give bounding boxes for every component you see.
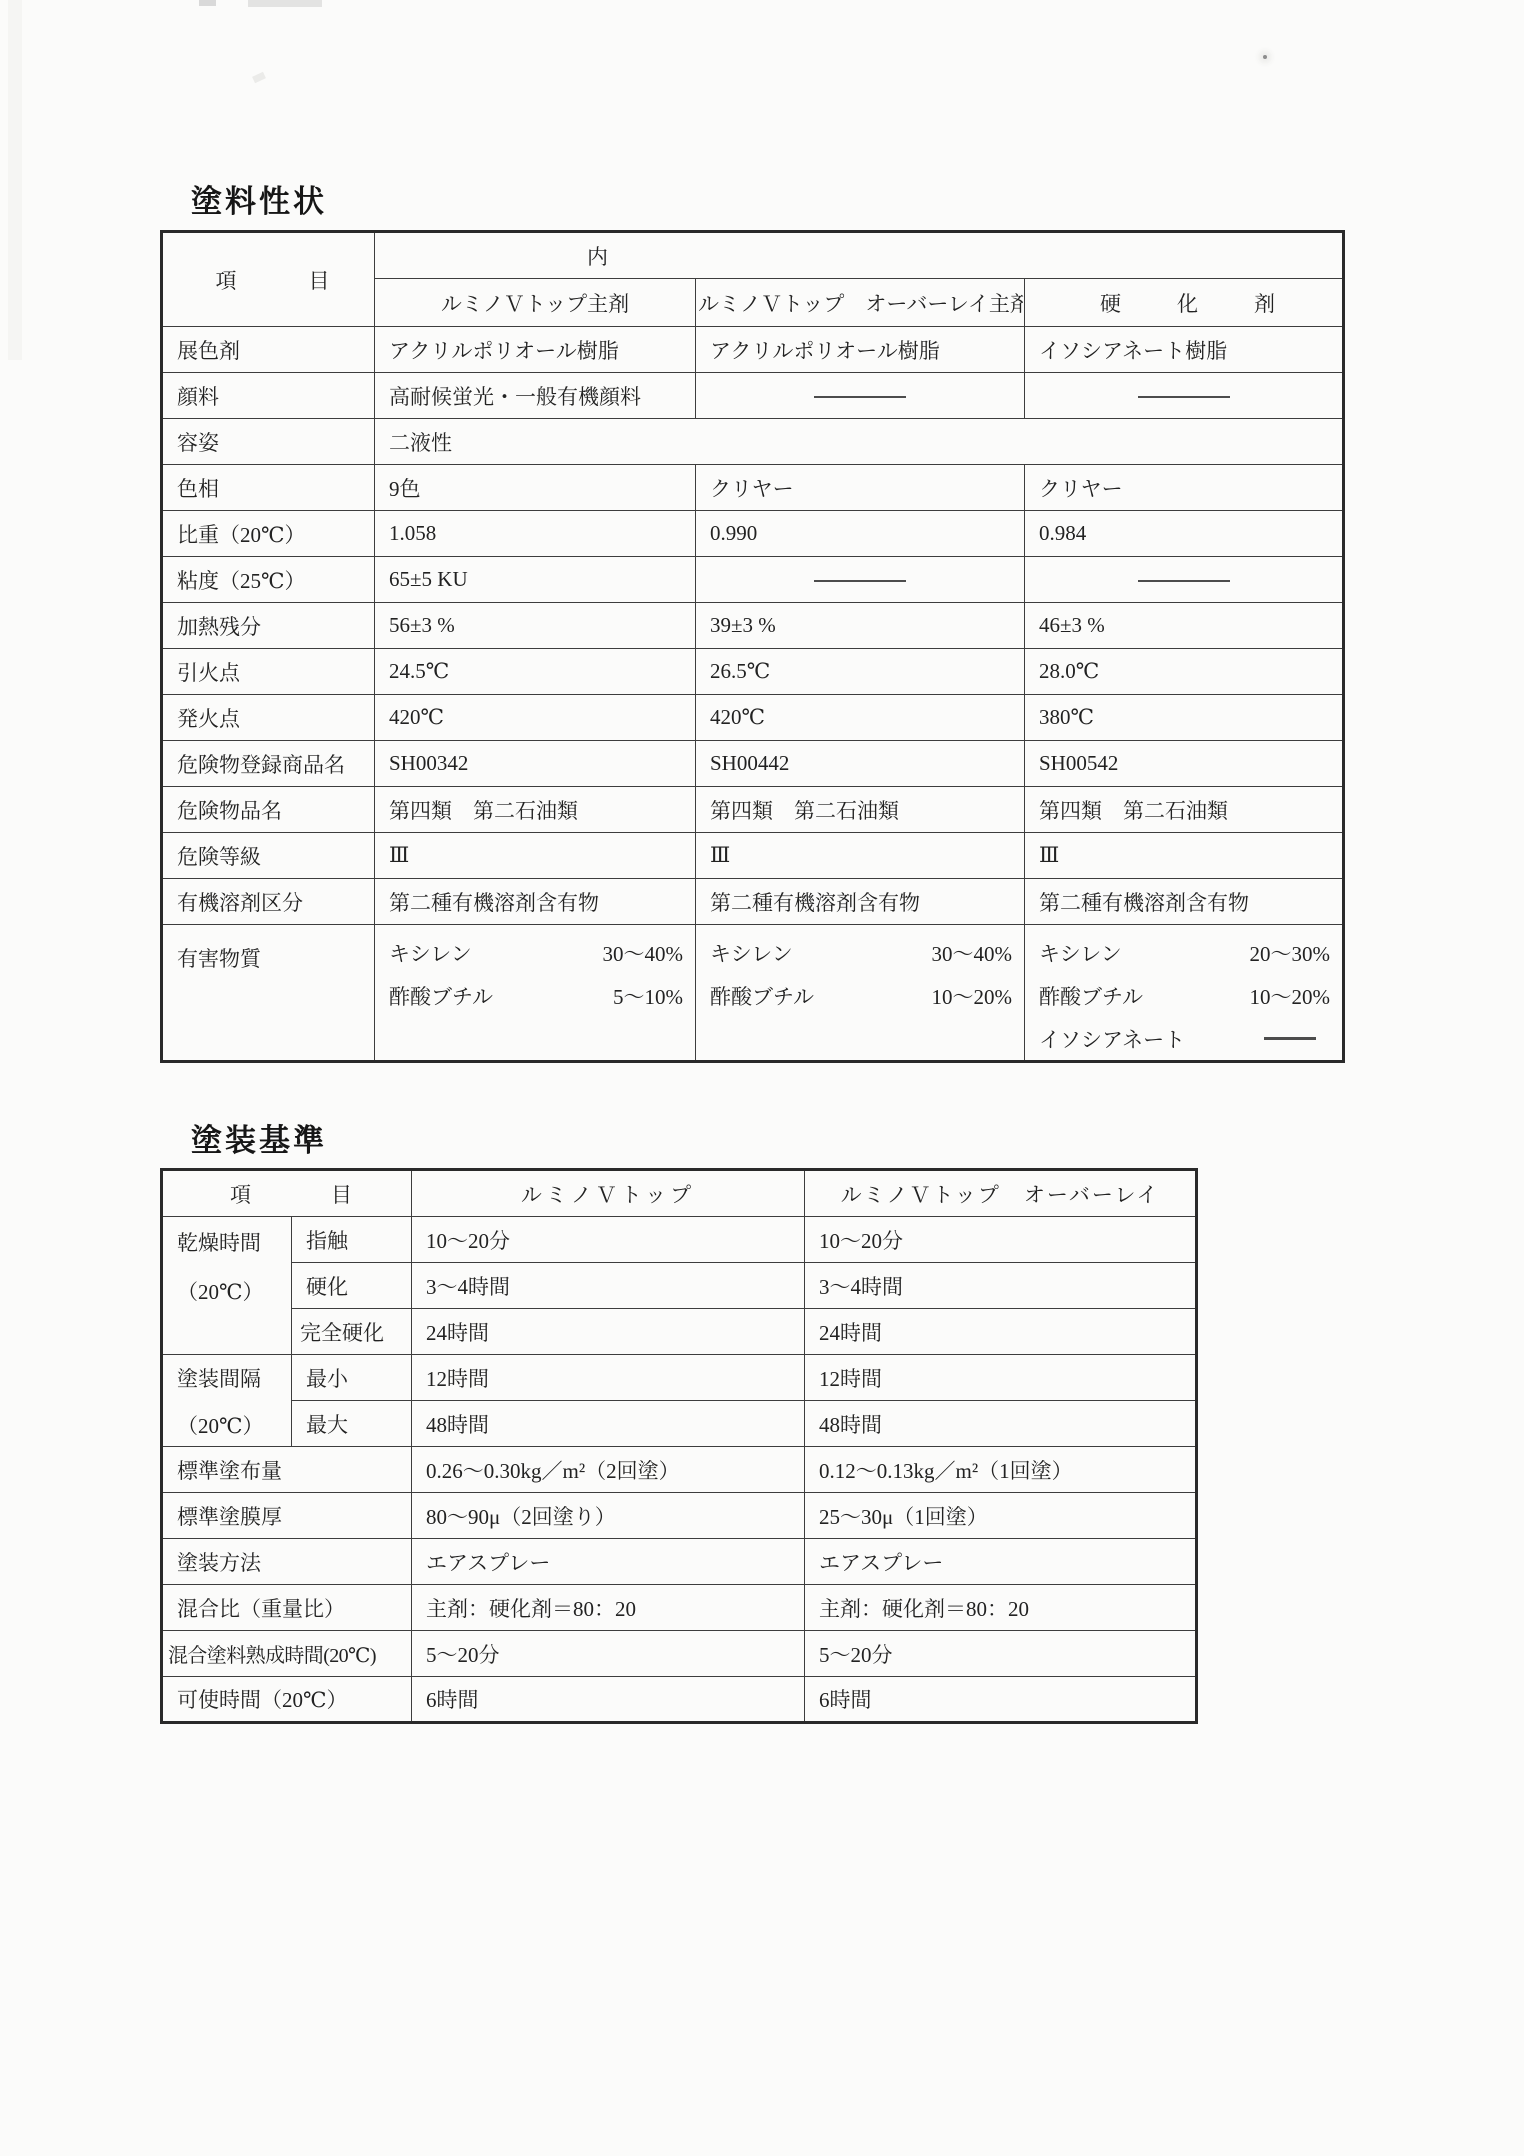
substance-percent: 20〜30% [1250,938,1331,968]
row-label: 標準塗膜厚 [162,1493,412,1539]
row-pot-life: 可使時間（20℃） 6時間 6時間 [162,1677,1197,1723]
header-col-hardener: 硬 化 剤 [1025,279,1344,327]
group-label-coating-interval: 塗装間隔 （20℃） [162,1355,292,1447]
value-cell: アクリルポリオール樹脂 [375,327,696,373]
row-coverage: 標準塗布量 0.26〜0.30kg／m²（2回塗） 0.12〜0.13kg／m²… [162,1447,1197,1493]
row-color: 色相 9色 クリヤー クリヤー [162,465,1344,511]
row-application-method: 塗装方法 エアスプレー エアスプレー [162,1539,1197,1585]
value-cell: 1.058 [375,511,696,557]
substance-line: キシレン 20〜30% [1025,931,1342,974]
value-cell: 第四類 第二石油類 [696,787,1025,833]
value-cell: イソシアネート樹脂 [1025,327,1344,373]
value-cell: 5〜20分 [412,1631,805,1677]
value-cell: エアスプレー [412,1539,805,1585]
row-label: 展色剤 [162,327,375,373]
value-cell: 48時間 [805,1401,1197,1447]
value-cell: 3〜4時間 [805,1263,1197,1309]
value-cell: 48時間 [412,1401,805,1447]
value-cell: アクリルポリオール樹脂 [696,327,1025,373]
row-set-to-touch: 硬化 3〜4時間 3〜4時間 [162,1263,1197,1309]
value-cell: エアスプレー [805,1539,1197,1585]
value-cell: 主剤：硬化剤＝80：20 [805,1585,1197,1631]
dash-placeholder [1138,396,1230,399]
scan-artifact [252,72,266,83]
row-label: 顔料 [162,373,375,419]
dash-placeholder [1264,1037,1316,1040]
value-cell: 24.5℃ [375,649,696,695]
row-label: 塗装方法 [162,1539,412,1585]
value-cell: 10〜20分 [412,1217,805,1263]
value-cell: 80〜90μ（2回塗り） [412,1493,805,1539]
value-cell: 6時間 [805,1677,1197,1723]
scanned-document-page: 塗料性状 項 目 内 容 ルミノＶトップ主剤 ルミノＶトップ オーバーレイ主剤 [0,0,1524,2156]
scan-artifact [248,0,322,7]
value-cell-empty [696,373,1025,419]
value-cell: 380℃ [1025,695,1344,741]
substance-name: キシレン [1039,938,1122,968]
row-danger-grade: 危険等級 Ⅲ Ⅲ Ⅲ [162,833,1344,879]
hardener-char-1: 硬 [1100,288,1121,318]
row-label: 粘度（25℃） [162,557,375,603]
row-label: 比重（20℃） [162,511,375,557]
substance-line: キシレン 30〜40% [696,931,1024,974]
row-label: 発火点 [162,695,375,741]
value-cell: SH00342 [375,741,696,787]
value-cell: クリヤー [1025,465,1344,511]
row-ignition-point: 発火点 420℃ 420℃ 380℃ [162,695,1344,741]
value-cell: 3〜4時間 [412,1263,805,1309]
row-flash-point: 引火点 24.5℃ 26.5℃ 28.0℃ [162,649,1344,695]
value-cell: 第二種有機溶剤含有物 [696,879,1025,925]
value-cell: 主剤：硬化剤＝80：20 [412,1585,805,1631]
row-hazardous-item-name: 危険物品名 第四類 第二石油類 第四類 第二石油類 第四類 第二石油類 [162,787,1344,833]
header-item-cell: 項 目 [162,1170,412,1217]
row-touch-dry: 乾燥時間 （20℃） 指触 10〜20分 10〜20分 [162,1217,1197,1263]
value-cell: 25〜30μ（1回塗） [805,1493,1197,1539]
row-label: 色相 [162,465,375,511]
hardener-char-3: 剤 [1254,288,1275,318]
value-cell: 12時間 [412,1355,805,1401]
row-registered-product-name: 危険物登録商品名 SH00342 SH00442 SH00542 [162,741,1344,787]
row-label: 混合比（重量比） [162,1585,412,1631]
value-cell: Ⅲ [696,833,1025,879]
sub-label: 指触 [292,1217,412,1263]
row-interval-min: 塗装間隔 （20℃） 最小 12時間 12時間 [162,1355,1197,1401]
value-cell: 第四類 第二石油類 [1025,787,1344,833]
value-cell: 第二種有機溶剤含有物 [375,879,696,925]
row-maturation-time: 混合塗料熟成時間(20℃) 5〜20分 5〜20分 [162,1631,1197,1677]
value-cell: 10〜20分 [805,1217,1197,1263]
value-cell: 420℃ [375,695,696,741]
painting-standards-table: 項 目 ルミノＶトップ ルミノＶトップ オーバーレイ 乾燥時間 （20℃） 指触… [160,1168,1198,1724]
row-label: 有機溶剤区分 [162,879,375,925]
hardener-char-2: 化 [1177,288,1198,318]
row-label: 標準塗布量 [162,1447,412,1493]
value-cell: 24時間 [412,1309,805,1355]
value-cell: 0.984 [1025,511,1344,557]
value-cell-list: キシレン 30〜40% 酢酸ブチル 5〜10% [375,925,696,1062]
section-title-paint-properties: 塗料性状 [191,176,327,221]
substance-name: 酢酸ブチル [389,981,493,1011]
value-cell: SH00542 [1025,741,1344,787]
substance-percent: 10〜20% [932,981,1013,1011]
value-cell: 第二種有機溶剤含有物 [1025,879,1344,925]
substance-name: イソシアネート [1039,1024,1185,1054]
substance-name: 酢酸ブチル [1039,981,1143,1011]
value-cell: 39±3 % [696,603,1025,649]
header-col-base: ルミノＶトップ主剤 [375,279,696,327]
substance-percent: 30〜40% [932,938,1013,968]
header-row: 項 目 ルミノＶトップ ルミノＶトップ オーバーレイ [162,1170,1197,1217]
value-cell: 46±3 % [1025,603,1344,649]
value-cell-list: キシレン 20〜30% 酢酸ブチル 10〜20% イソシアネート [1025,925,1344,1062]
value-cell: 0.12〜0.13kg／m²（1回塗） [805,1447,1197,1493]
substance-line: 酢酸ブチル 5〜10% [375,974,695,1017]
substance-line: キシレン 30〜40% [375,931,695,974]
row-full-cure: 完全硬化 24時間 24時間 [162,1309,1197,1355]
row-specific-gravity: 比重（20℃） 1.058 0.990 0.984 [162,511,1344,557]
value-cell-empty [1025,373,1344,419]
sub-label: 最大 [292,1401,412,1447]
header-col-overlay-base: ルミノＶトップ オーバーレイ主剤 [696,279,1025,327]
value-cell: 0.26〜0.30kg／m²（2回塗） [412,1447,805,1493]
sub-label: 完全硬化 [292,1309,412,1355]
row-label: 危険物品名 [162,787,375,833]
header-row-1: 項 目 内 容 [162,232,1344,279]
row-label: 有害物質 [162,925,375,1062]
group-label-drying-time: 乾燥時間 （20℃） [162,1217,292,1355]
row-label: 危険物登録商品名 [162,741,375,787]
substance-name: キシレン [710,938,793,968]
value-cell: Ⅲ [1025,833,1344,879]
value-cell-empty [1025,557,1344,603]
value-cell: 420℃ [696,695,1025,741]
value-cell: 24時間 [805,1309,1197,1355]
value-cell: 56±3 % [375,603,696,649]
value-cell: 0.990 [696,511,1025,557]
value-cell: SH00442 [696,741,1025,787]
scan-artifact-dot [1263,55,1267,59]
header-content-char-1: 内 [587,241,608,271]
row-heating-residue: 加熱残分 56±3 % 39±3 % 46±3 % [162,603,1344,649]
row-label: 可使時間（20℃） [162,1677,412,1723]
dash-placeholder [814,396,906,399]
scan-artifact [199,0,216,6]
dash-placeholder [814,580,906,583]
group-label-line2: （20℃） [177,1410,285,1440]
value-cell: 12時間 [805,1355,1197,1401]
substance-line: 酢酸ブチル 10〜20% [696,974,1024,1017]
value-cell: 高耐候蛍光・一般有機顔料 [375,373,696,419]
value-cell-merged: 二液性 [375,419,1344,465]
paint-properties-table: 項 目 内 容 ルミノＶトップ主剤 ルミノＶトップ オーバーレイ主剤 硬 化 剤 [160,230,1345,1063]
substance-name: キシレン [389,938,472,968]
header-item-char-1: 項 [230,1179,251,1209]
value-cell: 9色 [375,465,696,511]
row-viscosity: 粘度（25℃） 65±5 KU [162,557,1344,603]
sub-label: 硬化 [292,1263,412,1309]
header-item-cell: 項 目 [162,232,375,327]
group-label-line1: 塗装間隔 [177,1363,285,1393]
row-mixing-ratio: 混合比（重量比） 主剤：硬化剤＝80：20 主剤：硬化剤＝80：20 [162,1585,1197,1631]
row-label: 容姿 [162,419,375,465]
sub-label: 最小 [292,1355,412,1401]
row-label: 混合塗料熟成時間(20℃) [162,1631,412,1677]
substance-name: 酢酸ブチル [710,981,814,1011]
header-col-lumino-v-top-overlay: ルミノＶトップ オーバーレイ [805,1170,1197,1217]
header-content-cell: 内 容 [375,232,1344,279]
value-cell: 5〜20分 [805,1631,1197,1677]
substance-percent: 5〜10% [613,981,683,1011]
row-vehicle: 展色剤 アクリルポリオール樹脂 アクリルポリオール樹脂 イソシアネート樹脂 [162,327,1344,373]
header-item-char-1: 項 [216,265,237,295]
row-form: 容姿 二液性 [162,419,1344,465]
value-cell-empty [696,557,1025,603]
value-cell: 6時間 [412,1677,805,1723]
header-item-char-2: 目 [331,1179,352,1209]
row-label: 危険等級 [162,833,375,879]
row-interval-max: 最大 48時間 48時間 [162,1401,1197,1447]
scan-edge-shadow [8,0,22,360]
value-cell: Ⅲ [375,833,696,879]
substance-line: イソシアネート [1025,1017,1342,1060]
value-cell-list: キシレン 30〜40% 酢酸ブチル 10〜20% [696,925,1025,1062]
row-organic-solvent-class: 有機溶剤区分 第二種有機溶剤含有物 第二種有機溶剤含有物 第二種有機溶剤含有物 [162,879,1344,925]
row-pigment: 顔料 高耐候蛍光・一般有機顔料 [162,373,1344,419]
row-film-thickness: 標準塗膜厚 80〜90μ（2回塗り） 25〜30μ（1回塗） [162,1493,1197,1539]
row-harmful-substances: 有害物質 キシレン 30〜40% 酢酸ブチル 5〜10% キシレン 30〜40%… [162,925,1344,1062]
row-label: 加熱残分 [162,603,375,649]
value-cell: 第四類 第二石油類 [375,787,696,833]
value-cell: クリヤー [696,465,1025,511]
substance-percent: 10〜20% [1250,981,1331,1011]
header-item-char-2: 目 [309,265,330,295]
group-label-line2: （20℃） [177,1276,285,1306]
header-col-lumino-v-top: ルミノＶトップ [412,1170,805,1217]
dash-placeholder [1138,580,1230,583]
group-label-line1: 乾燥時間 [177,1227,285,1257]
value-cell: 28.0℃ [1025,649,1344,695]
row-label: 引火点 [162,649,375,695]
value-cell: 26.5℃ [696,649,1025,695]
section-title-painting-standards: 塗装基準 [191,1115,327,1160]
value-cell: 65±5 KU [375,557,696,603]
substance-line: 酢酸ブチル 10〜20% [1025,974,1342,1017]
substance-percent: 30〜40% [603,938,684,968]
